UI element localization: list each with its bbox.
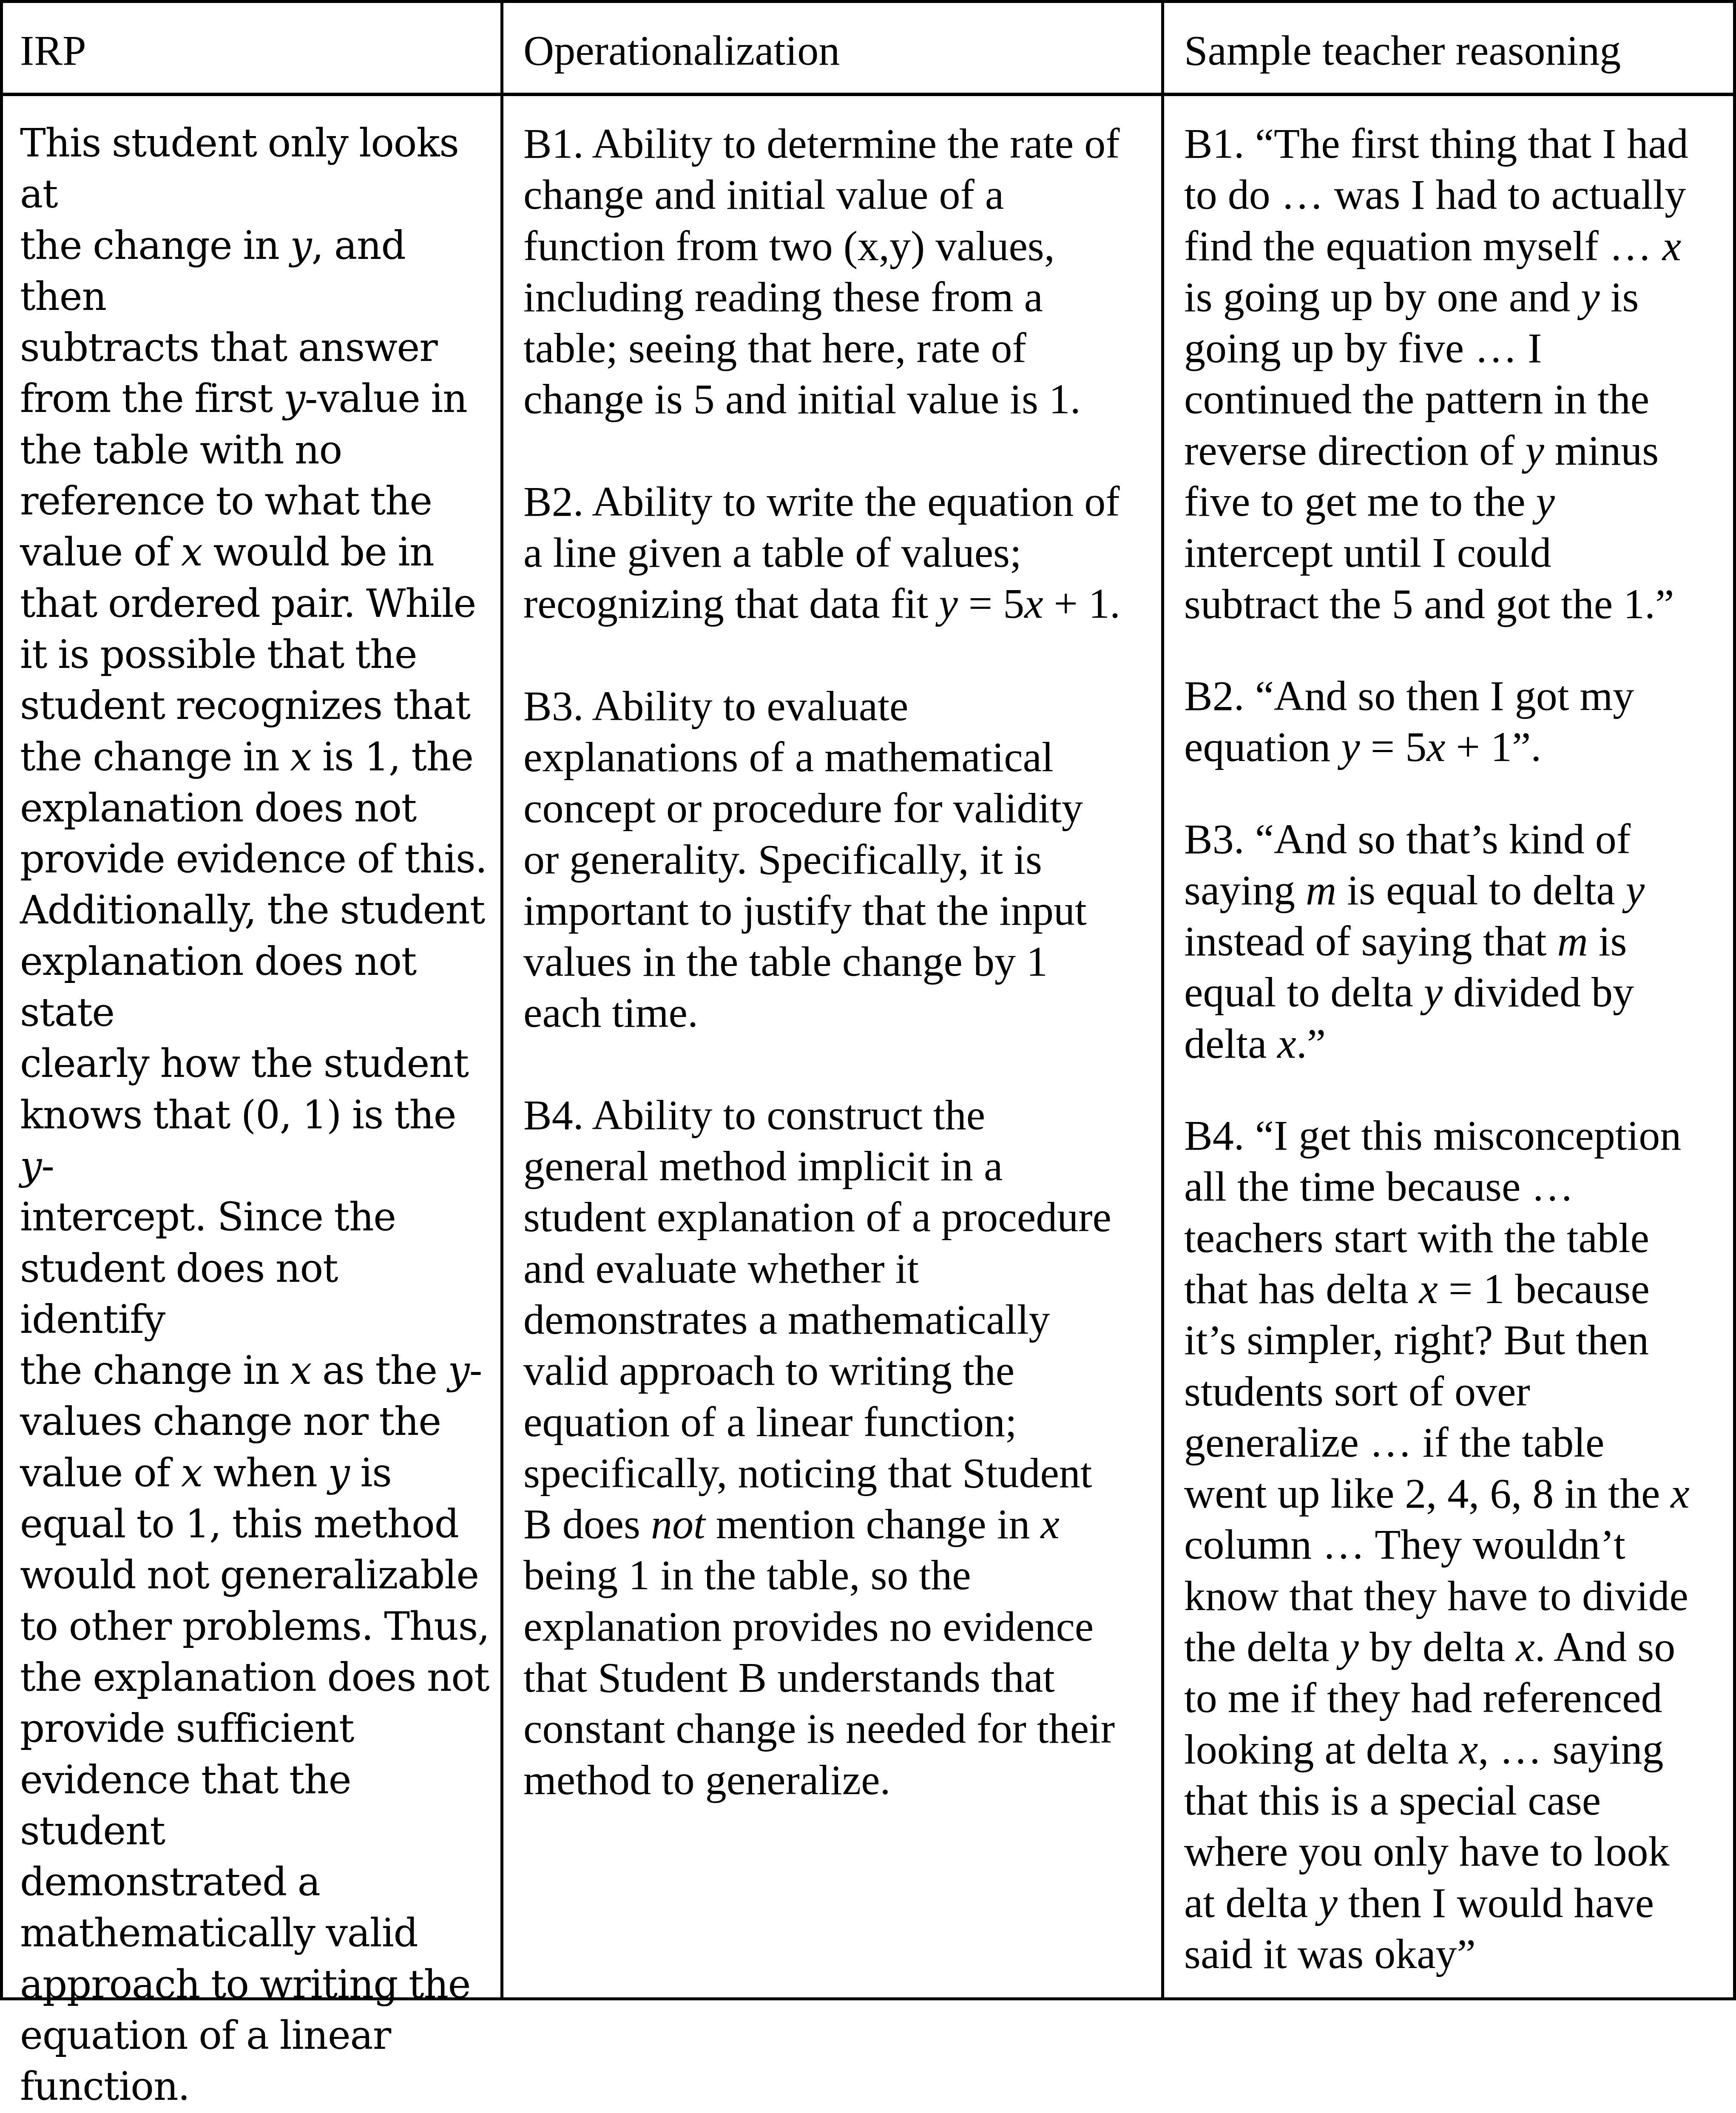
- irp-paragraph: This student only looks at the change in…: [20, 118, 491, 2000]
- text-run: is equal to delta: [1336, 866, 1625, 914]
- math-variable: x: [290, 735, 311, 780]
- math-variable: x: [181, 1451, 202, 1496]
- math-variable: m: [1557, 917, 1588, 965]
- operationalization-cell: B1. Ability to determine the rate of cha…: [506, 96, 1164, 1997]
- operationalization-paragraph: B4. Ability to construct the general met…: [523, 1090, 1151, 1806]
- text-run: .”: [1296, 1020, 1326, 1067]
- teacher-reasoning-cell: B1. “The first thing that I had to do … …: [1167, 96, 1736, 1997]
- math-variable: x: [290, 1349, 311, 1393]
- math-variable: y: [1341, 723, 1360, 770]
- math-variable: y: [1626, 866, 1645, 914]
- header-operationalization: Operationalization: [506, 3, 1164, 93]
- math-variable: x: [1662, 222, 1681, 270]
- operationalization-paragraph: B1. Ability to determine the rate of cha…: [523, 118, 1151, 425]
- math-variable: y: [328, 1451, 349, 1496]
- text-run: is 1, the explanation does not provide e…: [20, 735, 487, 1138]
- text-run: intercept until I could subtract the 5 a…: [1184, 529, 1674, 627]
- math-variable: y: [1319, 1879, 1338, 1926]
- math-variable: y: [1424, 968, 1443, 1016]
- text-run: is equal to 1, this method would not gen…: [20, 1451, 489, 2000]
- math-variable: y: [1340, 1623, 1359, 1670]
- header-divider: [3, 93, 1733, 96]
- math-variable: m: [1306, 866, 1336, 914]
- text-run: when: [202, 1451, 328, 1496]
- irp-cell: This student only looks at the change in…: [3, 96, 503, 1997]
- text-run: = 5: [1360, 723, 1426, 770]
- text-run: mention change in: [705, 1500, 1041, 1548]
- text-run: is going up by one and: [1184, 273, 1581, 321]
- math-variable: x: [1516, 1623, 1534, 1670]
- math-variable: x: [1671, 1470, 1689, 1517]
- math-variable: x: [1277, 1020, 1296, 1067]
- text-run: + 1”.: [1446, 723, 1542, 770]
- operationalization-paragraph: B3. Ability to evaluate explanations of …: [523, 681, 1151, 1039]
- rubric-table: IRP Operationalization Sample teacher re…: [0, 0, 1736, 2000]
- teacher-reasoning-paragraph: B3. “And so that’s kind of saying m is e…: [1184, 814, 1723, 1069]
- text-run: by delta: [1359, 1623, 1516, 1670]
- math-variable: y: [1581, 273, 1600, 321]
- math-variable: x: [1040, 1500, 1059, 1548]
- text-run: = 5: [958, 580, 1024, 627]
- teacher-reasoning-paragraph: B1. “The first thing that I had to do … …: [1184, 118, 1723, 630]
- teacher-reasoning-paragraph: B4. “I get this misconception all the ti…: [1184, 1110, 1723, 1980]
- math-variable: x: [1419, 1265, 1438, 1312]
- math-variable: x: [1459, 1726, 1478, 1773]
- math-variable: not: [651, 1500, 705, 1548]
- header-irp: IRP: [3, 3, 503, 93]
- math-variable: y: [290, 224, 311, 268]
- text-run: + 1.: [1043, 580, 1120, 627]
- text-run: B1. Ability to determine the rate of cha…: [523, 120, 1119, 423]
- text-run: B4. Ability to construct the general met…: [523, 1091, 1111, 1548]
- teacher-reasoning-paragraph: B2. “And so then I got my equation y = 5…: [1184, 670, 1723, 773]
- math-variable: x: [1024, 580, 1043, 627]
- math-variable: y: [1536, 478, 1555, 525]
- text-run: being 1 in the table, so the explanation…: [523, 1551, 1115, 1803]
- operationalization-paragraph: B2. Ability to write the equation of a l…: [523, 476, 1151, 630]
- text-run: B3. Ability to evaluate explanations of …: [523, 682, 1087, 1037]
- math-variable: x: [181, 530, 202, 575]
- math-variable: y: [284, 377, 305, 421]
- math-variable: y: [448, 1349, 469, 1393]
- header-sample-teacher-reasoning: Sample teacher reasoning: [1167, 3, 1736, 93]
- math-variable: x: [1426, 723, 1445, 770]
- math-variable: y: [20, 1144, 41, 1189]
- math-variable: y: [939, 580, 957, 627]
- text-run: B1. “The first thing that I had to do … …: [1184, 120, 1688, 270]
- math-variable: y: [1525, 427, 1544, 474]
- text-run: instead of saying that: [1184, 917, 1557, 965]
- text-run: as the: [311, 1349, 448, 1393]
